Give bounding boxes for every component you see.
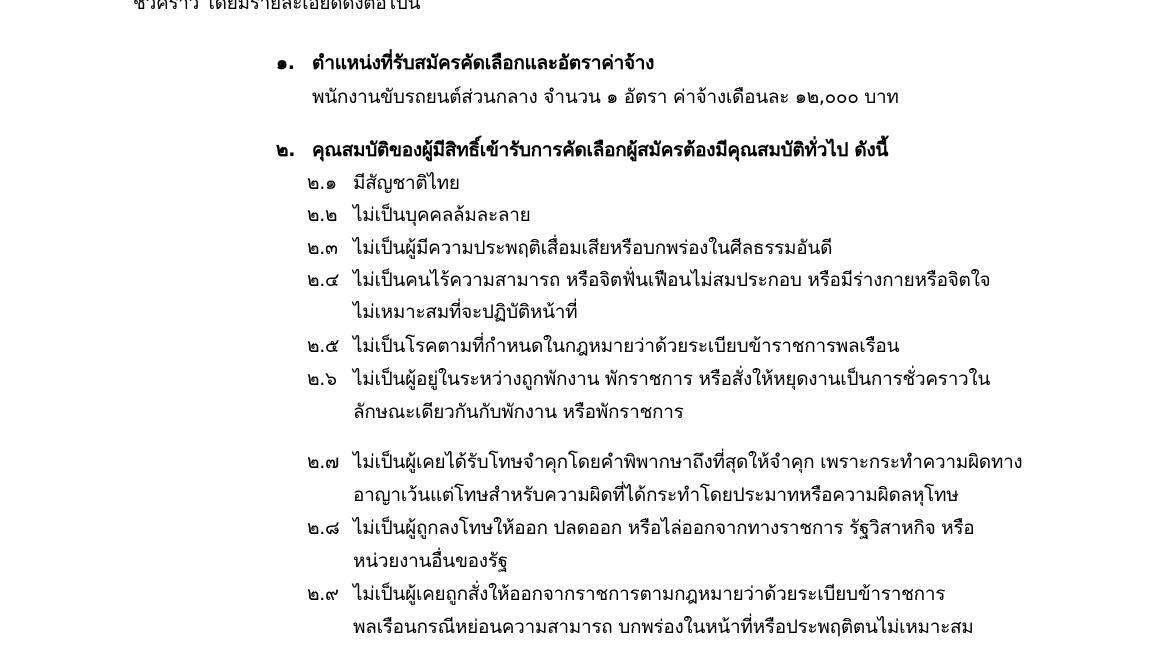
item-number: ๒.๙ — [307, 582, 353, 606]
item-number: ๒.๖ — [307, 367, 353, 391]
item-number: ๒.๘ — [307, 516, 353, 540]
item-number: ๒.๒ — [307, 203, 353, 227]
qualification-item: ๒.๕ไม่เป็นโรคตามที่กำหนดในกฎหมายว่าด้วยร… — [307, 334, 899, 358]
qualification-item: ๒.๖ไม่เป็นผู้อยู่ในระหว่างถูกพักงาน พักร… — [307, 367, 990, 391]
qualification-item: ๒.๗ไม่เป็นผู้เคยได้รับโทษจำคุกโดยคำพิพาก… — [307, 450, 1022, 474]
qualification-item: ๒.๘ไม่เป็นผู้ถูกลงโทษให้ออก ปลดออก หรือไ… — [307, 516, 974, 540]
qualification-item-continuation: อาญาเว้นแต่โทษสำหรับความผิดที่ได้กระทำโด… — [353, 483, 958, 507]
item-number: ๒.๓ — [307, 236, 353, 260]
qualification-item: ๒.๒ไม่เป็นบุคคลล้มละลาย — [307, 203, 530, 227]
item-number: ๒.๑ — [307, 171, 353, 195]
section-heading-text: คุณสมบัติของผู้มีสิทธิ์เข้ารับการคัดเลือ… — [312, 139, 888, 161]
item-text: ไม่เป็นผู้ถูกลงโทษให้ออก ปลดออก หรือไล่อ… — [353, 517, 974, 539]
item-text: ไม่เป็นคนไร้ความสามารถ หรือจิตฟั่นเฟือนไ… — [353, 269, 990, 291]
item-text: ไม่เป็นบุคคลล้มละลาย — [353, 204, 530, 226]
qualification-item: ๒.๓ไม่เป็นผู้มีความประพฤติเสื่อมเสียหรือ… — [307, 236, 832, 260]
item-text: มีสัญชาติไทย — [353, 172, 460, 194]
item-text: ไม่เป็นผู้เคยถูกสั่งให้ออกจากราชการตามกฎ… — [353, 583, 945, 605]
section-2-heading: ๒.คุณสมบัติของผู้มีสิทธิ์เข้ารับการคัดเล… — [276, 138, 888, 162]
qualification-item: ๒.๔ไม่เป็นคนไร้ความสามารถ หรือจิตฟั่นเฟื… — [307, 268, 990, 292]
section-1-body: พนักงานขับรถยนต์ส่วนกลาง จำนวน ๑ อัตรา ค… — [312, 85, 899, 109]
qualification-item-continuation: พลเรือนกรณีหย่อนความสามารถ บกพร่องในหน้า… — [353, 615, 974, 639]
section-number: ๒. — [276, 138, 312, 162]
item-number: ๒.๔ — [307, 268, 353, 292]
item-text: ไม่เป็นโรคตามที่กำหนดในกฎหมายว่าด้วยระเบ… — [353, 335, 899, 357]
qualification-item: ๒.๑มีสัญชาติไทย — [307, 171, 460, 195]
qualification-item: ๒.๙ไม่เป็นผู้เคยถูกสั่งให้ออกจากราชการตา… — [307, 582, 945, 606]
qualification-item-continuation: หน่วยงานอื่นของรัฐ — [353, 549, 508, 573]
qualification-item-continuation: ลักษณะเดียวกันกับพักงาน หรือพักราชการ — [353, 400, 684, 424]
item-text: ไม่เป็นผู้อยู่ในระหว่างถูกพักงาน พักราชก… — [353, 368, 990, 390]
item-text: ไม่เป็นผู้เคยได้รับโทษจำคุกโดยคำพิพากษาถ… — [353, 451, 1022, 473]
section-heading-text: ตำแหน่งที่รับสมัครคัดเลือกและอัตราค่าจ้า… — [312, 52, 654, 74]
section-1-heading: ๑.ตำแหน่งที่รับสมัครคัดเลือกและอัตราค่าจ… — [276, 51, 654, 75]
item-number: ๒.๗ — [307, 450, 353, 474]
intro-tail-text: ชั่วคราว โดยมีรายละเอียดดังต่อไปนี้ — [133, 0, 420, 15]
item-text: ไม่เป็นผู้มีความประพฤติเสื่อมเสียหรือบกพ… — [353, 237, 832, 259]
item-number: ๒.๕ — [307, 334, 353, 358]
qualification-item-continuation: ไม่เหมาะสมที่จะปฏิบัติหน้าที่ — [353, 300, 577, 324]
section-number: ๑. — [276, 51, 312, 75]
